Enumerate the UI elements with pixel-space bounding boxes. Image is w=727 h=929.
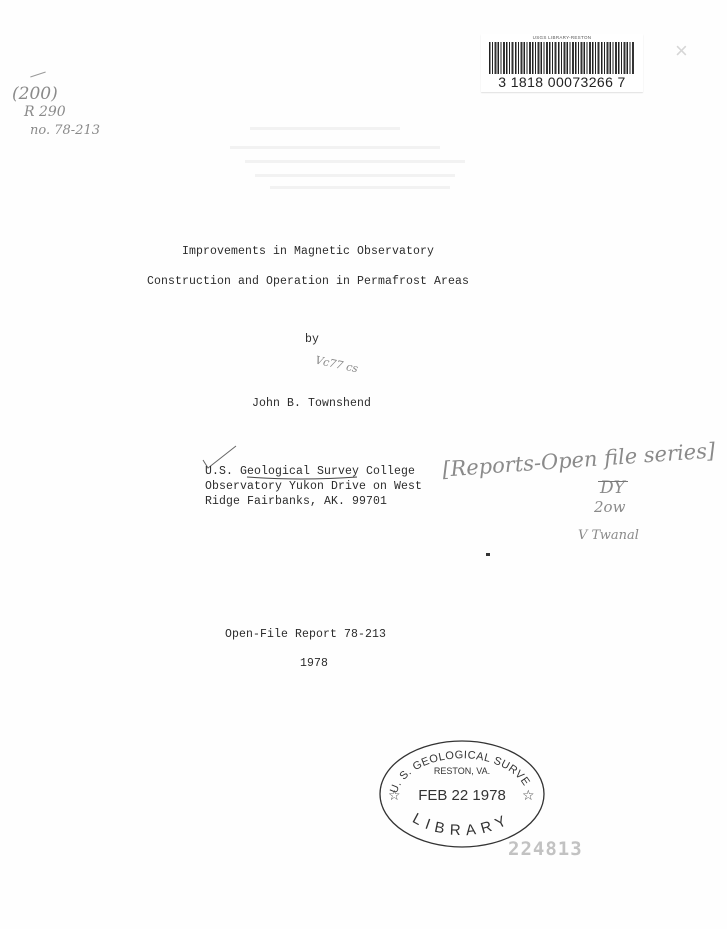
report-number: Open-File Report 78-213 [225, 628, 386, 641]
initials-line [598, 481, 628, 482]
stamp-bottom-arc: LIBRARY [410, 810, 515, 839]
pencil-tick [30, 72, 46, 78]
barcode-label-text: USGS LIBRARY-RESTON [481, 35, 643, 40]
stamp-date: FEB 22 1978 [418, 787, 506, 804]
margin-note-line-3: no. 78-213 [30, 123, 100, 138]
library-barcode: USGS LIBRARY-RESTON 3 1818 00073266 7 [481, 34, 643, 92]
library-stamp: U. S. GEOLOGICAL SURVEY RESTON, VA. ☆ ☆ … [376, 738, 548, 850]
bleed-through-line [255, 174, 455, 177]
bottom-pencil-note: V Twanal [578, 528, 639, 543]
svg-text:LIBRARY: LIBRARY [410, 810, 515, 839]
by-label: by [305, 333, 319, 346]
bleed-through-line [270, 186, 450, 189]
close-mark-icon: × [675, 38, 688, 64]
stamp-city: RESTON, VA. [434, 766, 490, 776]
ink-speck [486, 553, 490, 556]
barcode-number: 3 1818 00073266 7 [481, 74, 643, 90]
report-year: 1978 [300, 657, 328, 670]
title-line-2: Construction and Operation in Permafrost… [147, 275, 469, 288]
barcode-bars [489, 42, 635, 74]
star-icon: ☆ [522, 788, 535, 804]
margin-note-line-1: (200) [12, 84, 58, 104]
title-line-1: Improvements in Magnetic Observatory [182, 245, 434, 258]
bleed-through-line [250, 127, 400, 130]
bleed-through-line [230, 146, 440, 149]
margin-note-line-2: R 290 [24, 104, 66, 120]
series-note: [Reports-Open file series] [441, 438, 715, 481]
affiliation-line-3: Ridge Fairbanks, AK. 99701 [205, 495, 387, 508]
star-icon: ☆ [388, 788, 401, 804]
initials-note-2: 2ow [594, 498, 625, 516]
bleed-through-line [245, 160, 465, 163]
author-pencil-note: Vc77 cs [314, 354, 359, 376]
document-page: USGS LIBRARY-RESTON 3 1818 00073266 7 × … [0, 0, 727, 929]
accession-number: 224813 [508, 838, 583, 860]
author-name: John B. Townshend [252, 397, 371, 410]
affiliation-line-2: Observatory Yukon Drive on West [205, 480, 422, 493]
